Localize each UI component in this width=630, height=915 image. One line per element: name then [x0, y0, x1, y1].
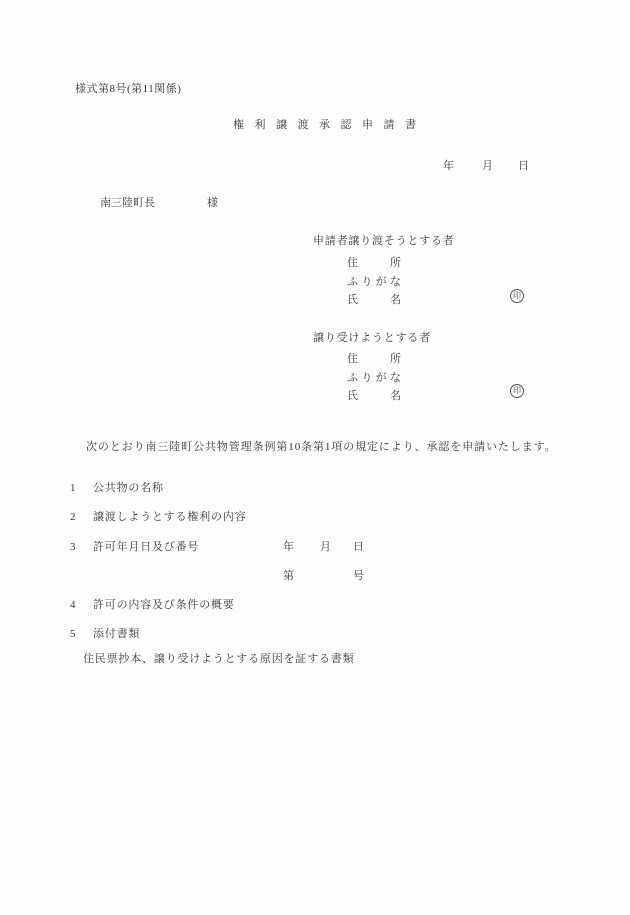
list-item: 3許可年月日及び番号: [70, 541, 199, 554]
item-number: 5: [70, 628, 93, 641]
item-number: 4: [70, 599, 93, 612]
item-label: 添付書類: [93, 628, 140, 640]
transferee-seal-icon: 印: [510, 384, 524, 398]
name-label: 氏名: [347, 390, 401, 403]
date-month-label: 月: [482, 160, 493, 173]
permit-date-month-label: 月: [320, 541, 331, 554]
item-number: 1: [70, 482, 93, 495]
item-label: 許可の内容及び条件の概要: [93, 599, 235, 611]
transferor-name-row: 氏名: [347, 294, 401, 307]
transferee-heading: 譲り受けようとする者: [313, 332, 431, 345]
item-number: 2: [70, 511, 93, 524]
transferee-address-row: 住所: [347, 353, 401, 366]
permit-date-year-label: 年: [283, 541, 294, 554]
name-label: 氏名: [347, 294, 401, 307]
transferee-name-row: 氏名: [347, 390, 401, 403]
address-label: 住所: [347, 257, 401, 270]
permit-number-prefix: 第: [283, 570, 294, 583]
date-day-label: 日: [518, 160, 529, 173]
list-item: 2譲渡しようとする権利の内容: [70, 511, 246, 524]
furigana-label: ふりがな: [347, 372, 401, 385]
transferor-heading: 申請者譲り渡そうとする者: [313, 235, 455, 248]
body-text: 次のとおり南三陸町公共物管理条例第10条第1項の規定により、承認を申請いたします…: [86, 441, 557, 454]
addressee-honorific: 様: [207, 197, 218, 210]
attachment-note: 住民票抄本、譲り受けようとする原因を証する書類: [83, 653, 354, 666]
transferor-address-row: 住所: [347, 257, 401, 270]
item-label: 譲渡しようとする権利の内容: [93, 511, 246, 523]
permit-date-day-label: 日: [353, 541, 364, 554]
item-number: 3: [70, 541, 93, 554]
form-number: 様式第8号(第11関係): [75, 83, 181, 96]
list-item: 1公共物の名称: [70, 482, 164, 495]
item-label: 公共物の名称: [93, 482, 164, 494]
application-form-page: 様式第8号(第11関係) 権利譲渡承認申請書 年 月 日 南三陸町長 様 申請者…: [0, 0, 630, 915]
date-year-label: 年: [443, 160, 454, 173]
transferor-furigana-row: ふりがな: [347, 276, 401, 289]
permit-number-suffix: 号: [353, 570, 364, 583]
item-label: 許可年月日及び番号: [93, 541, 199, 553]
list-item: 4許可の内容及び条件の概要: [70, 599, 235, 612]
list-item: 5添付書類: [70, 628, 140, 641]
transferee-furigana-row: ふりがな: [347, 372, 401, 385]
addressee-name: 南三陸町長: [100, 197, 155, 210]
furigana-label: ふりがな: [347, 276, 401, 289]
transferor-seal-icon: 印: [510, 289, 524, 303]
address-label: 住所: [347, 353, 401, 366]
page-title: 権利譲渡承認申請書: [233, 119, 427, 132]
